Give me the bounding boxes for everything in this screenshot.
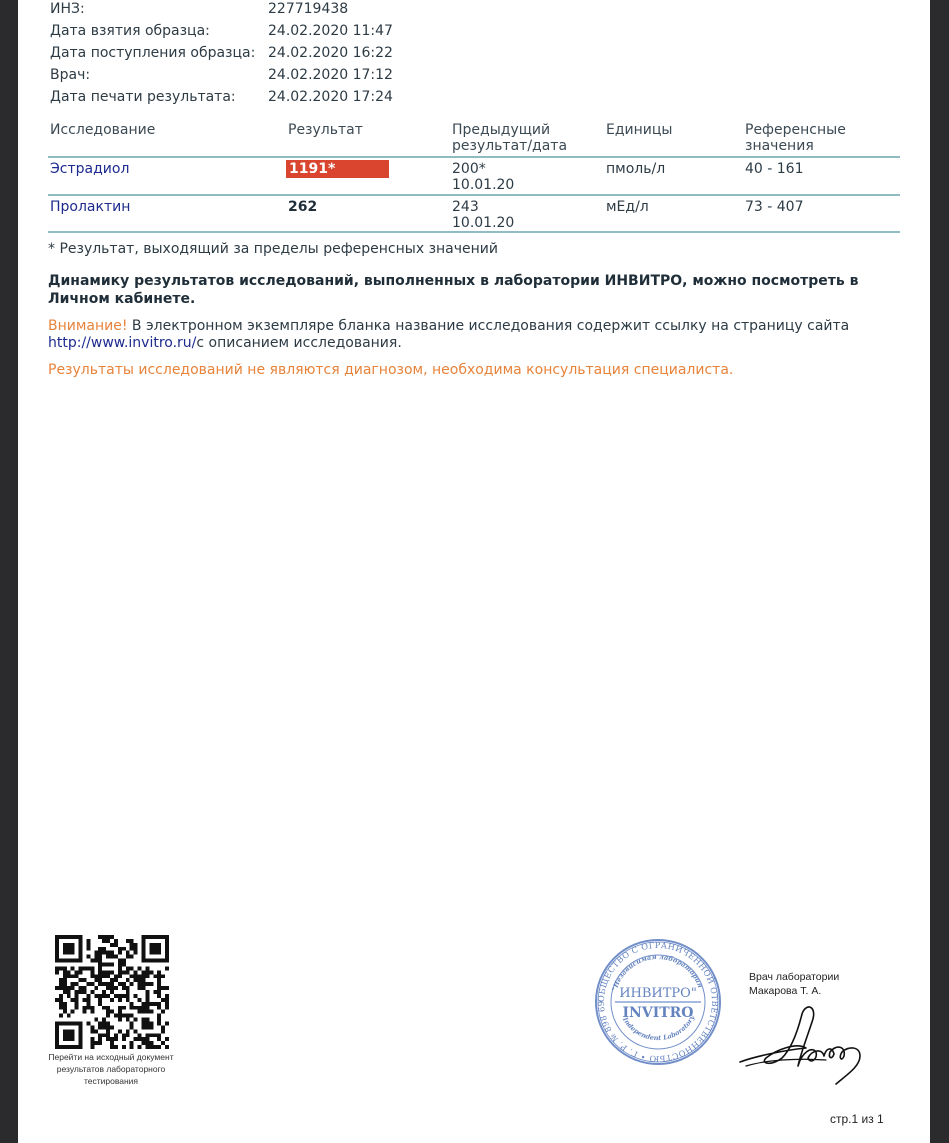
flagged-result-badge: 1191* <box>286 160 389 178</box>
meta-value-doctor: 24.02.2020 17:12 <box>268 66 393 85</box>
lab-result-page: ИНЗ: 227719438 Дата взятия образца: 24.0… <box>18 0 930 1143</box>
previous-date: 10.01.20 <box>452 215 514 231</box>
header-reference: Референсные значения <box>745 122 846 154</box>
lab-stamp: ОБЩЕСТВО С ОГРАНИЧЕННОЙ ОТВЕТСТВЕННОСТЬЮ… <box>593 927 723 1077</box>
header-previous-line1: Предыдущий <box>452 122 567 138</box>
header-reference-line2: значения <box>745 138 846 154</box>
invitro-link[interactable]: http://www.invitro.ru/ <box>48 335 196 351</box>
page-number: стр.1 из 1 <box>830 1112 884 1126</box>
reference-range: 40 - 161 <box>745 161 804 177</box>
qr-code[interactable] <box>55 935 169 1049</box>
signer-title: Врач лаборатории <box>749 970 839 984</box>
header-result: Результат <box>288 122 363 138</box>
meta-label-sample-date: Дата взятия образца: <box>50 22 210 41</box>
table-divider <box>48 156 900 158</box>
table-divider <box>48 231 900 233</box>
footnote: * Результат, выходящий за пределы рефере… <box>48 240 498 259</box>
meta-value-sample-date: 24.02.2020 11:47 <box>268 22 393 41</box>
meta-label-print-date: Дата печати результата: <box>50 88 236 107</box>
svg-text:INVITRO: INVITRO <box>622 1005 693 1021</box>
meta-value-receipt-date: 24.02.2020 16:22 <box>268 44 393 63</box>
result-value: 262 <box>288 199 317 215</box>
previous-value: 243 <box>452 199 479 215</box>
test-name-link[interactable]: Пролактин <box>50 199 130 215</box>
qr-caption: Перейти на исходный документ результатов… <box>40 1051 182 1087</box>
units: мЕд/л <box>606 199 649 215</box>
header-units: Единицы <box>606 122 672 138</box>
signature <box>736 1000 876 1090</box>
meta-label-doctor: Врач: <box>50 66 90 85</box>
warning-note: Внимание! В электронном экземпляре бланк… <box>48 318 898 352</box>
reference-range: 73 - 407 <box>745 199 804 215</box>
signer-name: Макарова Т. А. <box>749 984 839 998</box>
warning-tail: с описанием исследования. <box>196 335 401 351</box>
header-previous-line2: результат/дата <box>452 138 567 154</box>
table-divider <box>48 194 900 196</box>
meta-value-print-date: 24.02.2020 17:24 <box>268 88 393 107</box>
test-name-link[interactable]: Эстрадиол <box>50 161 129 177</box>
header-reference-line1: Референсные <box>745 122 846 138</box>
meta-value-inz: 227719438 <box>268 0 348 19</box>
disclaimer: Результаты исследований не являются диаг… <box>48 361 733 380</box>
signer-block: Врач лаборатории Макарова Т. А. <box>749 970 839 998</box>
header-test: Исследование <box>50 122 155 138</box>
header-previous: Предыдущий результат/дата <box>452 122 567 154</box>
warning-label: Внимание! <box>48 318 127 334</box>
previous-value: 200* <box>452 161 486 177</box>
svg-text:ИНВИТРО": ИНВИТРО" <box>619 986 697 1001</box>
previous-date: 10.01.20 <box>452 177 514 193</box>
meta-label-inz: ИНЗ: <box>50 0 85 19</box>
dynamics-note: Динамику результатов исследований, выпол… <box>48 272 898 308</box>
meta-label-receipt-date: Дата поступления образца: <box>50 44 255 63</box>
warning-text: В электронном экземпляре бланка название… <box>127 318 849 334</box>
units: пмоль/л <box>606 161 665 177</box>
